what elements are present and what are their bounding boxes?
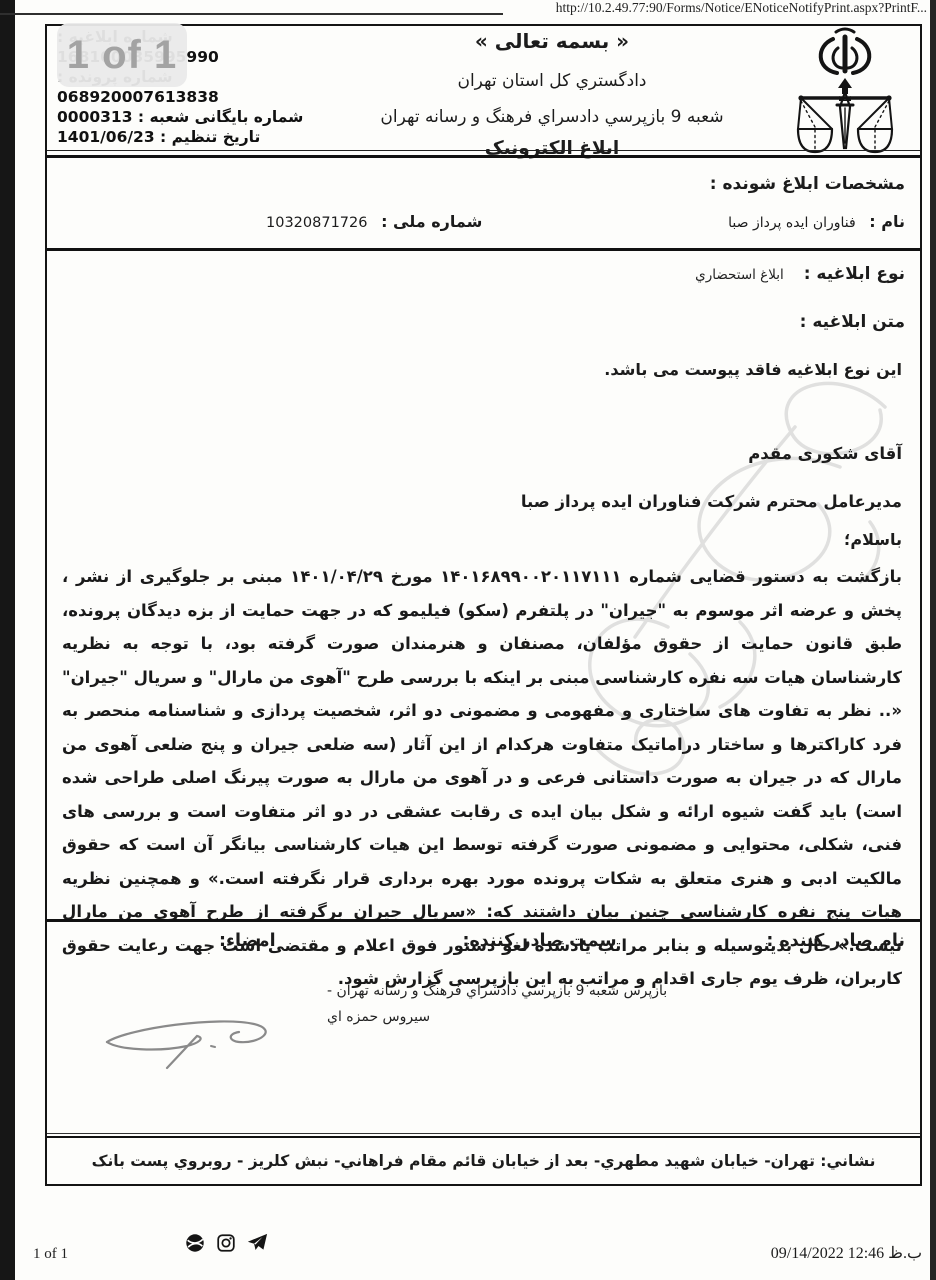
signature-scribble	[89, 1006, 284, 1091]
file-number-value: 068920007613838	[57, 87, 353, 107]
scanned-notice-page: http://10.2.49.77:90/Forms/Notice/ENotic…	[0, 0, 936, 1280]
basmala-title: « بسمه تعالی »	[377, 29, 727, 53]
scan-edge-left	[0, 0, 15, 1280]
recipient-name-value: فناوران ایده پرداز صبا	[728, 215, 856, 231]
print-datetime: 09/14/2022 12:46 ب.ظ	[771, 1243, 922, 1263]
issuer-signature-label: امضاء:	[219, 931, 276, 951]
print-header-rule	[0, 13, 503, 15]
issuer-position-line2: سیروس حمزه اي	[327, 1004, 779, 1030]
telegram-icon[interactable]	[246, 1232, 268, 1254]
issuer-position-value: بازپرس شعبه 9 بازپرسي دادسراي فرهنگ و رس…	[327, 978, 779, 1030]
issuer-name-label: نام صادر کننده :	[766, 931, 905, 951]
page-count-overlay-badge: 1 of 1	[57, 23, 187, 87]
page-indicator: 1 of 1	[33, 1246, 68, 1263]
recipient-name-row: نام : فناوران ایده پرداز صبا	[728, 212, 905, 231]
notice-type-value: ابلاغ استحضاري	[695, 267, 784, 283]
ball-icon[interactable]	[184, 1232, 206, 1254]
court-branch-title: شعبه 9 بازپرسي دادسراي فرهنگ و رسانه تهر…	[377, 107, 727, 127]
issuer-position-line1: بازپرس شعبه 9 بازپرسي دادسراي فرهنگ و رس…	[327, 978, 779, 1004]
notice-document-frame: شماره ابلاغیه : 168100035995990 شماره پر…	[45, 24, 922, 1186]
salutation: باسلام؛	[844, 530, 902, 549]
judiciary-scales-emblem-icon	[795, 26, 895, 156]
header-separator-thick	[47, 155, 920, 158]
header-separator-thin	[47, 150, 920, 151]
recipient-section-title: مشخصات ابلاغ شونده :	[710, 174, 905, 194]
address-box-hairline	[47, 1133, 920, 1134]
instagram-icon[interactable]	[215, 1232, 237, 1254]
national-id-label: شماره ملی :	[381, 212, 482, 231]
notice-type-row: نوع ابلاغیه : ابلاغ استحضاري	[695, 264, 905, 284]
issuer-position-label: سمت صادر کننده:	[432, 931, 647, 951]
recipient-separator	[47, 248, 920, 251]
national-id-row: شماره ملی : 10320871726	[266, 212, 482, 231]
branch-archive-number: شماره بایگانی شعبه : 0000313	[57, 107, 353, 127]
preparation-date: تاریخ تنظیم : 1401/06/23	[57, 127, 353, 147]
notice-type-label: نوع ابلاغیه :	[804, 264, 905, 284]
addressee-person: آقای شکوری مقدم	[748, 444, 902, 463]
justice-org-title: دادگستري کل استان تهران	[377, 71, 727, 91]
issuer-separator	[47, 919, 920, 922]
social-icons	[184, 1232, 268, 1254]
scan-edge-right	[930, 0, 936, 1280]
national-id-value: 10320871726	[266, 215, 367, 231]
attachment-note: این نوع ابلاغیه فاقد پیوست می باشد.	[604, 360, 902, 379]
recipient-name-label: نام :	[869, 212, 905, 231]
court-address: نشاني: تهران- خیابان شهید مطهري- بعد از …	[47, 1136, 920, 1184]
addressee-role: مدیرعامل محترم شرکت فناوران ایده پرداز ص…	[521, 492, 902, 511]
notice-body-label: متن ابلاغیه :	[800, 312, 905, 332]
